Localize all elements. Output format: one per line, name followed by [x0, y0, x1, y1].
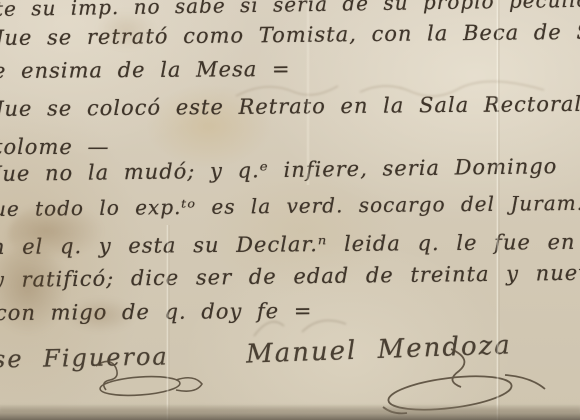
manuscript-line: Jue se colocó este Retrato en la Sala Re… [0, 92, 580, 121]
ink-smudge [96, 10, 156, 50]
scan-shadow [0, 404, 580, 420]
signature-left: se Figueroa [0, 342, 169, 373]
ink-smudge [0, 248, 68, 334]
manuscript-line: y ratificó; dice ser de edad de treinta … [0, 261, 580, 292]
fold-crease [496, 0, 500, 420]
manuscript-page: te su imp. no sabe si seria de su propio… [0, 0, 580, 420]
manuscript-line: te su imp. no sabe si seria de su propio… [0, 0, 580, 21]
manuscript-line: e ensima de la Mesa = [0, 57, 291, 83]
fold-crease [166, 225, 170, 420]
fold-crease [306, 0, 310, 185]
manuscript-line: Jue se retrató como Tomista, con la Beca… [0, 19, 580, 50]
signature-right: Manuel Mendoza [246, 330, 513, 369]
ink-smudge [66, 298, 136, 332]
manuscript-line: tolome — [0, 135, 109, 159]
